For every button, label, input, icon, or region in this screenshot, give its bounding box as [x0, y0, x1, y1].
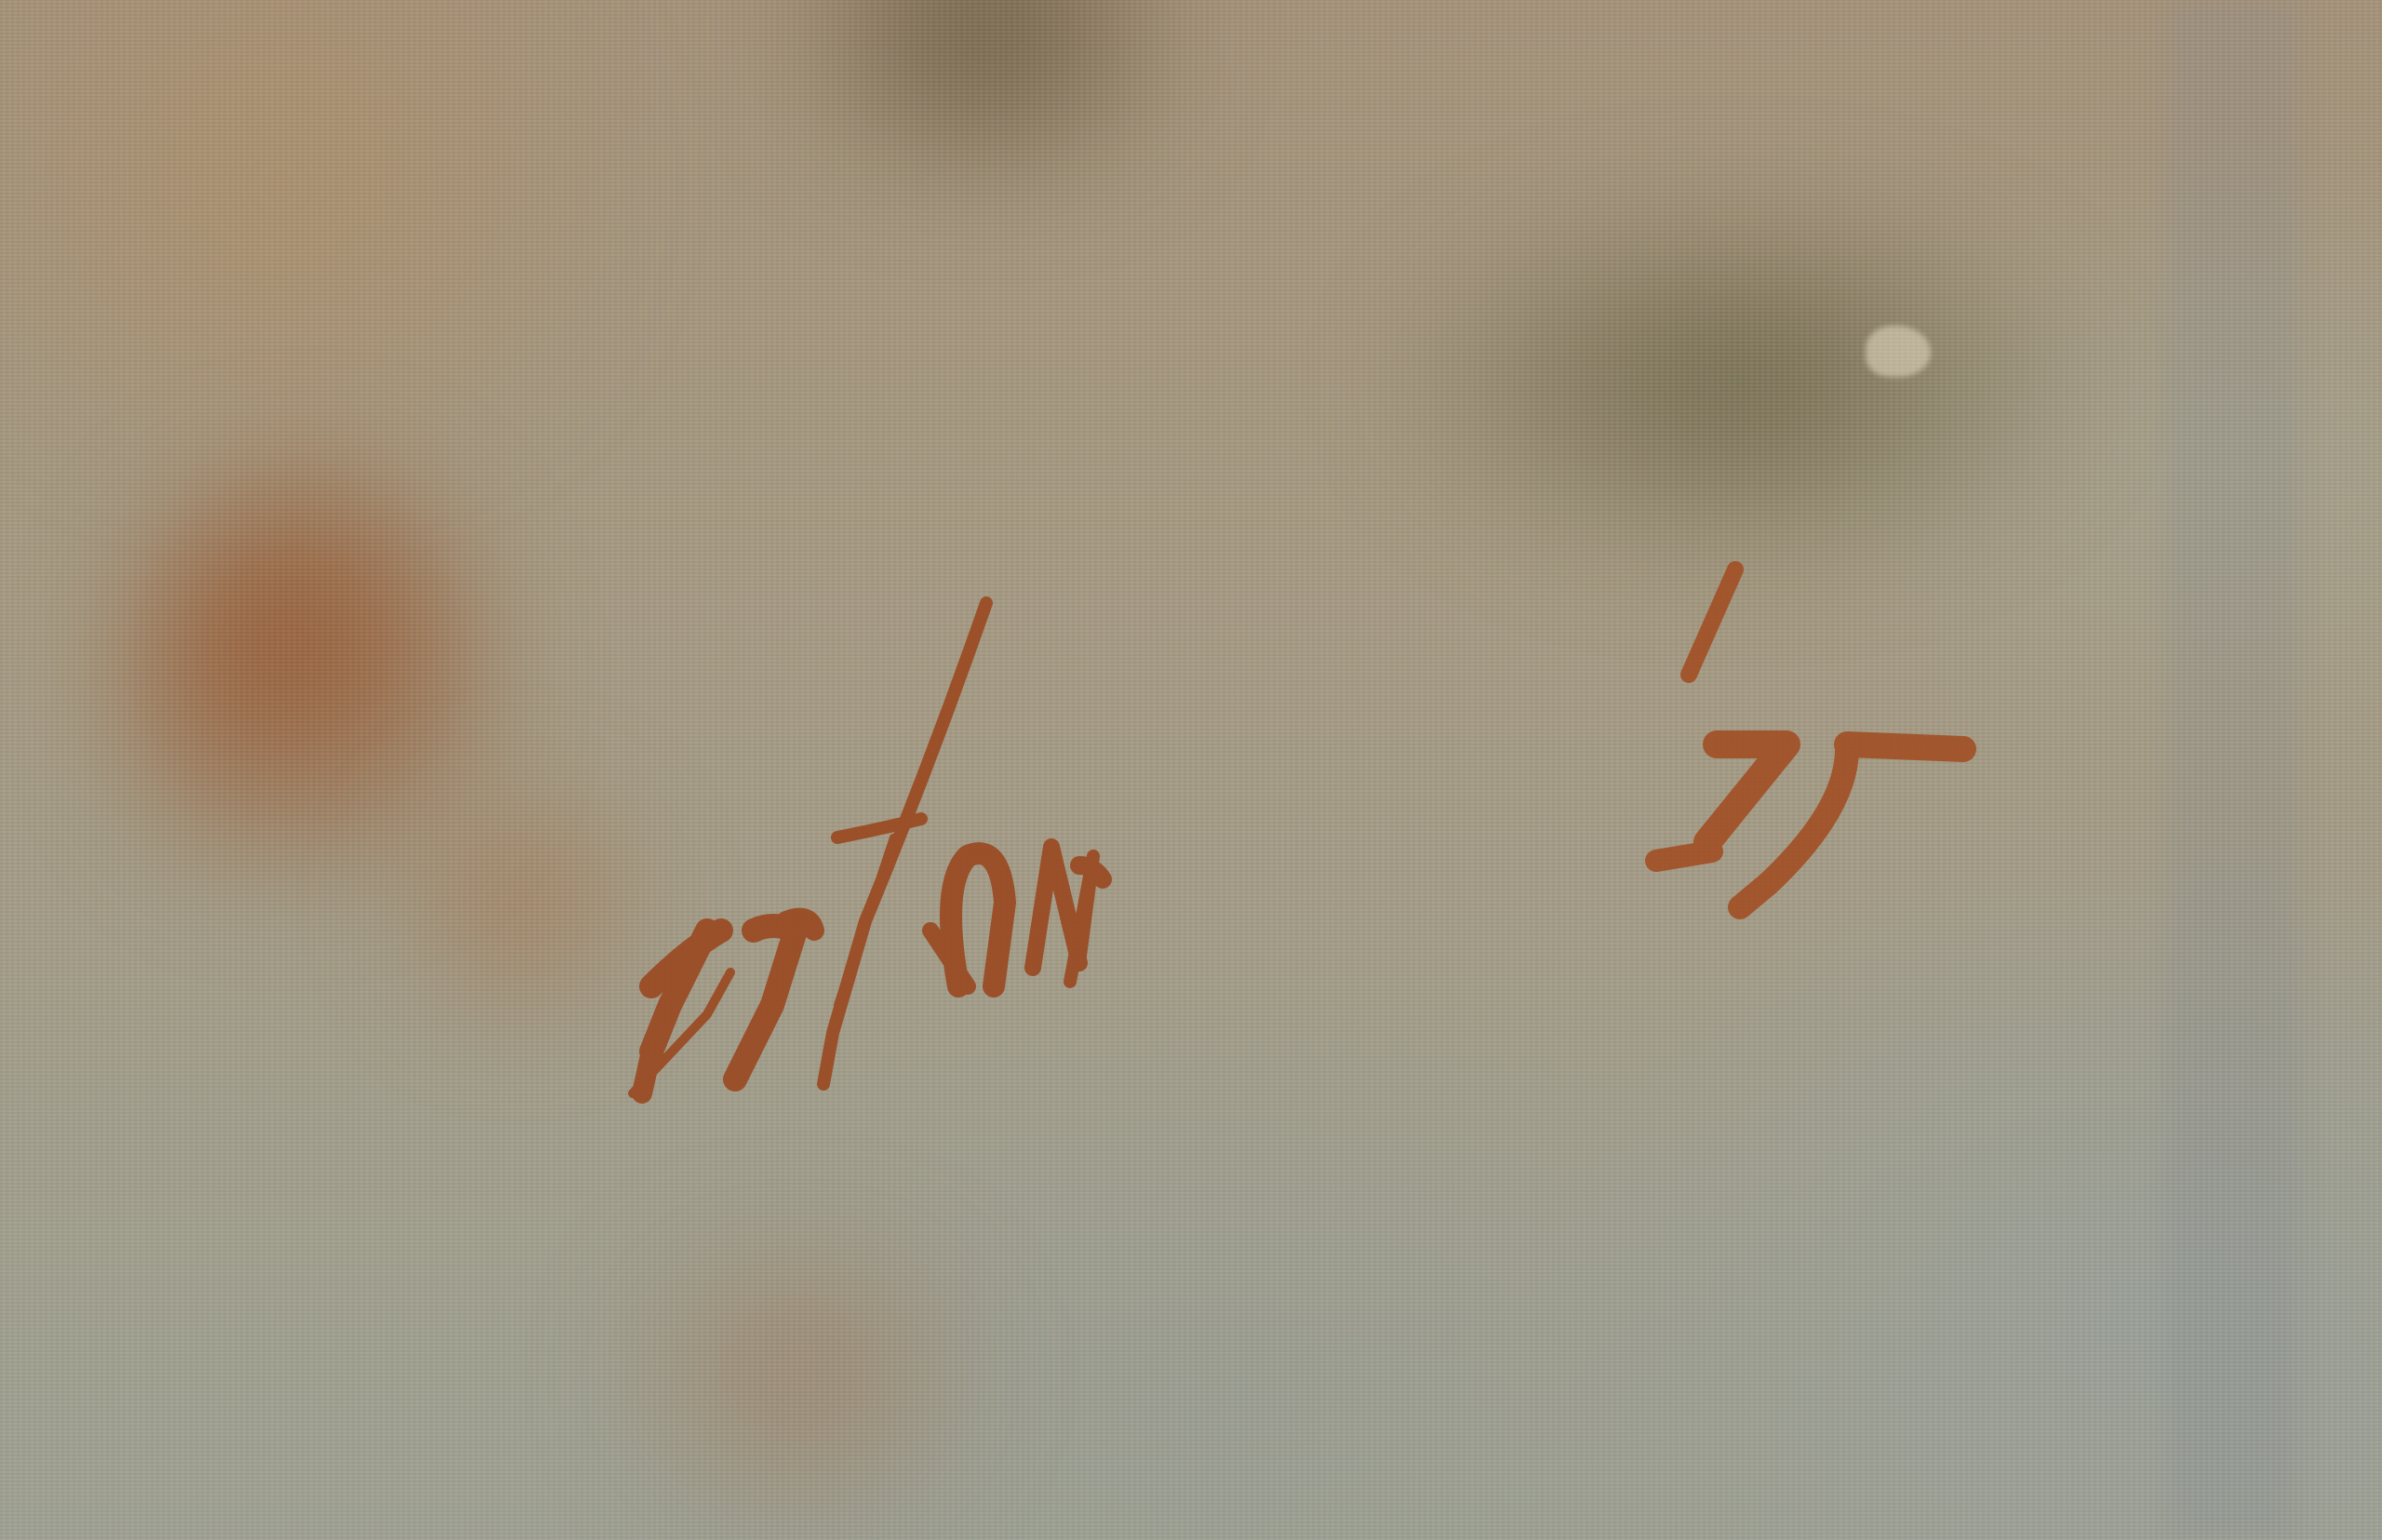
watercolor-painting: arlan '75 — [0, 0, 2382, 1540]
artist-signature — [0, 0, 2382, 1540]
